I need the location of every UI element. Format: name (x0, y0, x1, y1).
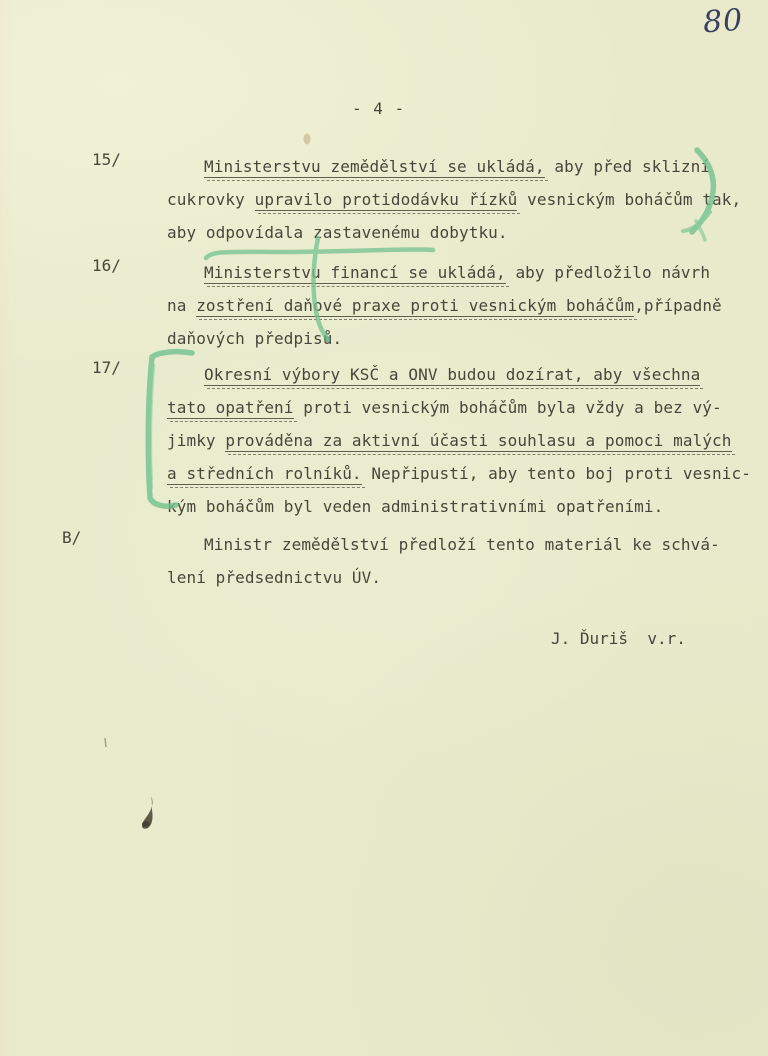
item-b: B/ Ministr zemědělství předloží tento ma… (0, 528, 768, 594)
item-paragraph: Okresní výbory KSČ a ONV budou dozírat, … (167, 358, 742, 523)
underlined-text: a středních rolníků. (167, 464, 362, 485)
underlined-text: Ministerstvu financí se ukládá, (204, 263, 506, 284)
text-line: Okresní výbory KSČ a ONV budou dozírat, … (167, 358, 742, 391)
paper-speck (304, 134, 311, 145)
page-header: - 4 - (352, 99, 405, 118)
text-line: Ministr zemědělství předloží tento mater… (167, 528, 742, 561)
underlined-text: upravilo protidodávku řízků (255, 190, 518, 211)
text-segment: proti vesnickým boháčům byla vždy a bez … (294, 398, 722, 417)
item-label: 15/ (92, 150, 121, 169)
item-label: 16/ (92, 256, 121, 275)
ink-blot (105, 738, 153, 829)
text-segment: vesnickým boháčům tak, (517, 190, 741, 209)
text-segment: aby předložilo návrh (506, 263, 710, 282)
text-segment: na (167, 296, 196, 315)
text-line: Ministerstvu zemědělství se ukládá, aby … (167, 150, 742, 183)
text-line: lení předsednictvu ÚV. (167, 561, 742, 594)
text-segment: cukrovky (167, 190, 255, 209)
underlined-text: Ministerstvu zemědělství se ukládá, (204, 157, 545, 178)
text-line: kým boháčům byl veden administrativními … (167, 490, 742, 523)
text-line: cukrovky upravilo protidodávku řízků ves… (167, 183, 742, 216)
text-line: a středních rolníků. Nepřipustí, aby ten… (167, 457, 742, 490)
text-segment: daňových předpisů. (167, 329, 342, 348)
document-page: 80 - 4 - 15/ Ministerstvu zemědělství se… (0, 0, 768, 1056)
text-line: Ministerstvu financí se ukládá, aby před… (167, 256, 742, 289)
item-label: B/ (62, 528, 81, 547)
item-15: 15/ Ministerstvu zemědělství se ukládá, … (0, 150, 768, 249)
item-paragraph: Ministr zemědělství předloží tento mater… (167, 528, 742, 594)
text-segment: Nepřipustí, aby tento boj proti vesnic- (362, 464, 751, 483)
text-segment: lení předsednictvu ÚV. (167, 568, 381, 587)
underlined-text: zostření daňové praxe proti vesnickým bo… (196, 296, 634, 317)
text-segment: aby před sklizní (545, 157, 710, 176)
item-16: 16/ Ministerstvu financí se ukládá, aby … (0, 256, 768, 355)
text-segment: kým boháčům byl veden administrativními … (167, 497, 663, 516)
text-segment: ,případně (634, 296, 722, 315)
text-segment: aby odpovídala zastavenému dobytku. (167, 223, 508, 242)
text-line: jimky prováděna za aktivní účasti souhla… (167, 424, 742, 457)
item-label: 17/ (92, 358, 121, 377)
text-segment: jimky (167, 431, 225, 450)
text-line: tato opatření proti vesnickým boháčům by… (167, 391, 742, 424)
underlined-text: Okresní výbory KSČ a ONV budou dozírat, … (204, 365, 700, 386)
text-segment: Ministr zemědělství předloží tento mater… (204, 535, 720, 554)
text-line: aby odpovídala zastavenému dobytku. (167, 216, 742, 249)
text-line: na zostření daňové praxe proti vesnickým… (167, 289, 742, 322)
item-paragraph: Ministerstvu zemědělství se ukládá, aby … (167, 150, 742, 249)
item-paragraph: Ministerstvu financí se ukládá, aby před… (167, 256, 742, 355)
handwritten-page-number: 80 (702, 3, 745, 41)
item-17: 17/ Okresní výbory KSČ a ONV budou dozír… (0, 358, 768, 523)
underlined-text: tato opatření (167, 398, 294, 419)
underlined-text: prováděna za aktivní účasti souhlasu a p… (225, 431, 731, 452)
text-line: daňových předpisů. (167, 322, 742, 355)
signature: J. Ďuriš v.r. (551, 629, 686, 648)
